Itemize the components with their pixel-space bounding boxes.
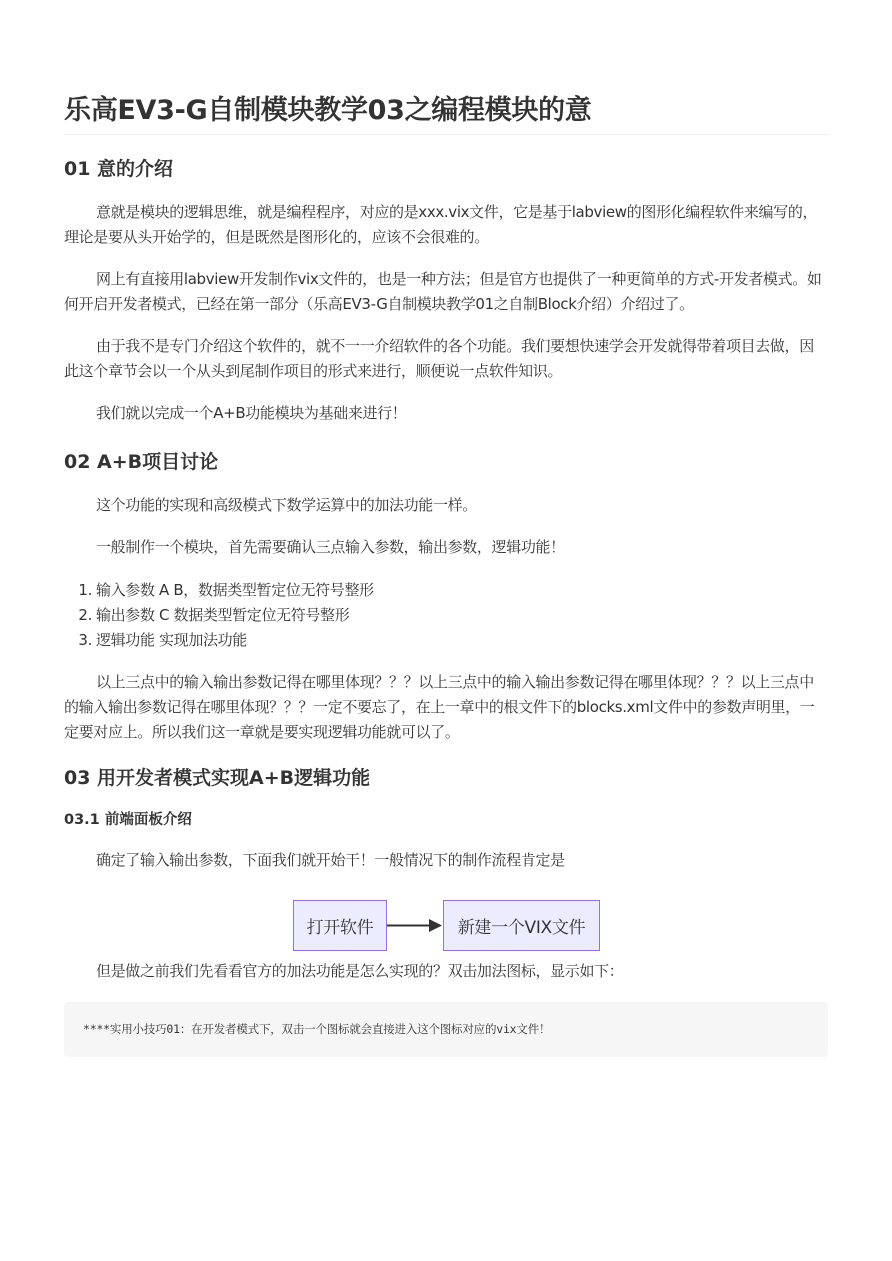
- paragraph-intro-4: 我们就以完成一个A+B功能模块为基础来进行！: [64, 401, 828, 426]
- list-text: 逻辑功能 实现加法功能: [96, 631, 247, 649]
- section-heading-01: 01 意的介绍: [64, 156, 173, 182]
- page-title: 乐高EV3-G自制模块教学03之编程模块的意: [64, 92, 828, 135]
- list-number: 3.: [64, 628, 96, 653]
- list-number: 2.: [64, 603, 96, 628]
- paragraph-ab-1: 这个功能的实现和高级模式下数学运算中的加法功能一样。: [64, 493, 828, 518]
- flowchart: 打开软件 新建一个VIX文件: [293, 900, 600, 951]
- paragraph-frontpanel-2: 但是做之前我们先看看官方的加法功能是怎么实现的？双击加法图标，显示如下：: [64, 959, 828, 984]
- parameter-list: 1.输入参数 A B，数据类型暂定位无符号整形 2.输出参数 C 数据类型暂定位…: [64, 578, 764, 653]
- list-item: 3.逻辑功能 实现加法功能: [64, 628, 764, 653]
- list-item: 1.输入参数 A B，数据类型暂定位无符号整形: [64, 578, 764, 603]
- paragraph-intro-2: 网上有直接用labview开发制作vix文件的，也是一种方法；但是官方也提供了一…: [64, 267, 828, 317]
- list-text: 输入参数 A B，数据类型暂定位无符号整形: [96, 581, 374, 599]
- list-number: 1.: [64, 578, 96, 603]
- document-page: 乐高EV3-G自制模块教学03之编程模块的意 01 意的介绍 意就是模块的逻辑思…: [0, 0, 892, 1261]
- code-block: ****实用小技巧01：在开发者模式下，双击一个图标就会直接进入这个图标对应的v…: [64, 1002, 828, 1057]
- subsection-heading-03-1: 03.1 前端面板介绍: [64, 810, 192, 830]
- flow-node-label: 新建一个VIX文件: [458, 913, 586, 938]
- paragraph-frontpanel-1: 确定了输入输出参数，下面我们就开始干！一般情况下的制作流程肯定是: [64, 848, 828, 873]
- paragraph-intro-1: 意就是模块的逻辑思维，就是编程程序，对应的是xxx.vix文件，它是基于labv…: [64, 200, 828, 250]
- section-heading-03: 03 用开发者模式实现A+B逻辑功能: [64, 765, 370, 791]
- arrow-right-icon: [387, 917, 443, 934]
- flow-node-new-vix-file: 新建一个VIX文件: [443, 900, 600, 951]
- flow-node-open-software: 打开软件: [293, 900, 387, 951]
- section-heading-02: 02 A+B项目讨论: [64, 449, 218, 475]
- list-item: 2.输出参数 C 数据类型暂定位无符号整形: [64, 603, 764, 628]
- paragraph-ab-2: 一般制作一个模块，首先需要确认三点输入参数，输出参数，逻辑功能！: [64, 535, 828, 560]
- paragraph-intro-3: 由于我不是专门介绍这个软件的，就不一一介绍软件的各个功能。我们要想快速学会开发就…: [64, 334, 828, 384]
- paragraph-ab-after-list: 以上三点中的输入输出参数记得在哪里体现？？？以上三点中的输入输出参数记得在哪里体…: [64, 670, 828, 745]
- code-block-text: ****实用小技巧01：在开发者模式下，双击一个图标就会直接进入这个图标对应的v…: [83, 1020, 809, 1038]
- flow-node-label: 打开软件: [307, 913, 374, 938]
- list-text: 输出参数 C 数据类型暂定位无符号整形: [96, 606, 349, 624]
